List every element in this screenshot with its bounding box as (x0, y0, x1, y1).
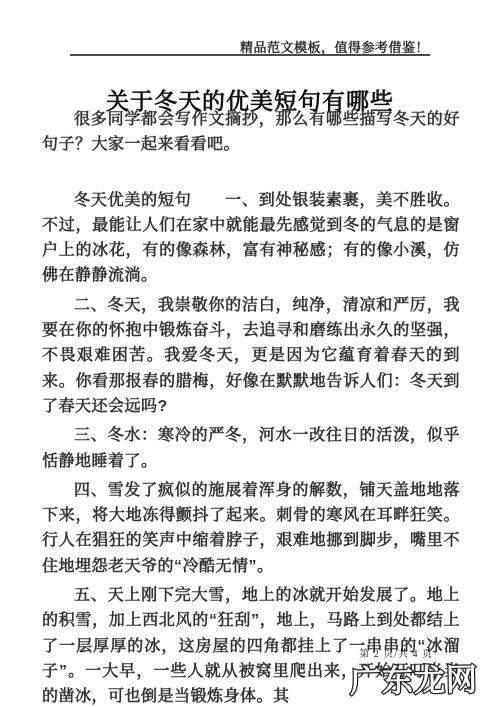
intro-paragraph: 很多同学都会写作文摘抄，那么有哪些描写冬天的好句子？大家一起来看看吧。 (42, 107, 460, 158)
header-divider-line (70, 54, 430, 56)
watermark-logo: 广东龙网 (348, 657, 489, 703)
body-paragraph: 冬天优美的短句 一、到处银装素裹，美不胜收。不过，最能让人们在家中就能最先感觉到… (42, 188, 460, 289)
body-paragraph: 四、雪发了疯似的施展着浑身的解数，铺天盖地地落下来，将大地冻得颤抖了起来。刺骨的… (42, 478, 460, 579)
document-body: 很多同学都会写作文摘抄，那么有哪些描写冬天的好句子？大家一起来看看吧。 冬天优美… (42, 107, 460, 707)
watermark-text: 广东龙网 (350, 662, 479, 699)
body-paragraph: 二、冬天，我崇敬你的洁白，纯净，清凉和严厉，我要在你的怀抱中锻炼奋斗，去追寻和磨… (42, 293, 460, 419)
document-page: 精品范文模板，值得参考借鉴！ 关于冬天的优美短句有哪些 很多同学都会写作文摘抄，… (0, 0, 500, 707)
body-paragraph: 三、冬水：寒冷的严冬，河水一改往日的活泼，似乎恬静地睡着了。 (42, 423, 460, 474)
